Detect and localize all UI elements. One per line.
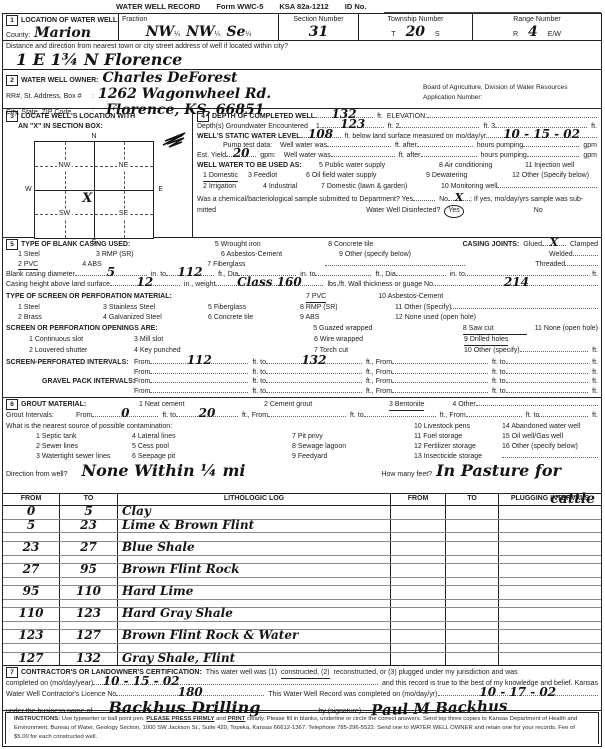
from-label: From [134,358,150,368]
contam-option-7: 7 Pit privy [292,432,414,442]
ft-to-label: ft. to [350,411,364,421]
screen-option-7-selected: 7 PVC [306,292,326,303]
yes-line [413,195,435,201]
casing-option-3: 3 RMP (SR) [96,250,221,260]
litho-from-cell: 27 [3,564,60,577]
ft-to-label: ft. to [252,387,266,397]
application-number-label: Application Number: [423,93,595,103]
opening-option-5: 5 Guazed wrapped [313,324,463,334]
litho-from-cell: 123 [3,630,60,643]
dia2b-line [315,270,371,276]
from-header-2: FROM [391,494,446,505]
opening-option-1: 1 Continuous slot [29,335,134,345]
static-level-label: WELL'S STATIC WATER LEVEL [197,132,301,142]
range-ew: E/W [548,30,561,40]
litho-to-cell: 5 [60,506,118,519]
colon: : [92,91,94,103]
screen-option-8: 8 RMP (SR) [300,303,395,313]
grout-line [539,411,588,417]
screen-interval-from: 112 [187,354,212,366]
litho-description-cell: Brown Flint Rock [118,564,391,577]
est-yield-label: Est. Yield [197,151,226,161]
section-depth: 4 DEPTH OF COMPLETED WELL 132 ft. ELEVAT… [193,109,601,237]
section-6-box: 6 [6,399,18,410]
locate-title-1: LOCATE WELL'S LOCATION WITH [21,112,135,122]
fraction-1: NW [146,24,175,40]
casing-option-7: 7 Fiberglass [207,260,325,270]
guage-value: 214 [504,276,529,288]
table-row: 127132Gray Shale, Flint [3,653,601,666]
other-opening-line [520,346,589,352]
litho-from-cell: 95 [3,586,60,599]
casing-title: TYPE OF BLANK CASING USED: [21,240,215,250]
wall-thickness-label: lbs./ft. Wall thickness or guage No. [327,280,435,290]
interval-line [150,368,248,374]
in-to-label: in. to [450,270,465,280]
business-name-value: Backhus Drilling [108,700,318,716]
gpm-colon-label: gpm: [260,151,276,161]
ft-label: ft. [591,122,597,132]
section-owner: 2 WATER WELL OWNER: Charles DeForest RR#… [3,70,601,109]
plug-from-cell [391,600,446,607]
monitoring-line [497,182,597,188]
ft-to-label: ft. to [492,358,506,368]
casing-option-1: 1 Steel [18,250,96,260]
plug-interval-cell [499,586,601,599]
section-7-box: 7 [6,667,18,678]
ft-from-label: ft., From [242,411,268,421]
yield-line [421,151,477,157]
gw2-line [399,122,479,128]
from-label: From [134,387,150,397]
gpm-label: gpm [583,151,597,161]
table-row: 523Lime & Brown Flint [3,520,601,534]
litho-description-cell: Clay [118,506,391,519]
direction-label: Direction from well? [6,470,67,480]
section-number-cell: Section Number 31 [279,14,359,40]
se-label: SE [117,209,130,219]
township-cell: Township Number T 20 S [359,14,473,40]
grout-to-value: 20 [199,407,216,419]
plug-interval-cell [499,556,601,563]
plug-interval-cell [499,578,601,585]
ft-dia-label: ft., Dia [375,270,395,280]
contam-option-11: 11 Fuel storage [414,432,502,442]
opening-option-10: 10 Other (specify) [464,346,520,356]
contam-option-14: 14 Abandoned water well [502,422,580,432]
gravel-line [150,387,248,393]
welded-label: Welded [549,250,573,260]
table-row: 110123Hard Gray Shale [3,608,601,622]
section-locate: 3 LOCATE WELL'S LOCATION WITH AN "X" IN … [3,109,193,237]
ft-from-label: ft., From [366,387,392,397]
section-certification: 7 CONTRACTOR'S OR LANDOWNER'S CERTIFICAT… [3,666,601,711]
litho-from-cell: 23 [3,542,60,555]
glued-x-mark: X [550,237,559,248]
contamination-question: What is the nearest source of possible c… [6,422,414,432]
ft-after-label: ft. after [395,141,417,151]
plug-interval-cell [499,608,601,621]
interval-line [506,358,589,364]
gravel-line [506,387,589,393]
lithologic-table: FROM TO LITHOLOGIC LOG FROM TO PLUGGING … [3,494,601,667]
weight-value: Class 160 [237,276,302,288]
quarter-glyph: ¼ [245,31,251,38]
litho-description-cell: Hard Gray Shale [118,608,391,621]
use-option-6: 6 Oil field water supply [306,171,426,181]
casing-joints-label: CASING JOINTS: [463,240,520,250]
township-value: 20 [406,25,425,39]
west-label: W [25,185,32,195]
casing-depth-value: 112 [178,266,203,278]
litho-from-cell: 110 [3,608,60,621]
clamped-label: Clamped [570,240,598,250]
ft-to-label: ft. to [252,377,266,387]
use-option-7: 7 Domestic (lawn & garden) [321,182,441,192]
how-many-feet-label: How many feet? [381,470,432,480]
casing-option-6: 6 Asbestos-Cement [221,250,339,260]
section-4-box: 4 [197,111,209,122]
ft-label: ft. [592,358,598,368]
gpm-label: gpm [583,141,597,151]
range-r: R [513,30,518,40]
groundwater-1-value: 123 [340,118,365,130]
other-screen-line [451,303,598,309]
plug-interval-cell [499,542,601,555]
other-casing-line [325,260,465,266]
address-value: 1262 Wagonwheel Rd. [98,87,271,101]
opening-option-6: 6 Wire wrapped [314,335,464,345]
yield-line [331,151,395,157]
plug-interval-cell [499,520,601,533]
casing-option-8: 8 Concrete tile [328,240,462,250]
no-x-mark: X [455,192,464,203]
gravel-pack-label: GRAVEL PACK INTERVALS: [6,377,134,387]
fraction-cell: Fraction NW¼ NW¼ Se¼ [119,14,279,40]
signature-label: by (signature) [318,707,361,718]
ft-from-label: ft., From [440,411,466,421]
contam-option-12: 12 Fertilizer storage [414,442,502,452]
opening-option-7: 7 Torch cut [314,346,464,356]
threaded-label: Threaded [535,260,565,270]
fraction-2: NW [186,24,215,40]
ft-to-label: ft. to [526,411,540,421]
use-option-11: 11 Injection well [525,161,574,171]
quarter-line [124,142,125,238]
dia3-line [396,270,446,276]
business-name-label: under the business name of [6,707,92,718]
plug-from-cell [391,630,446,643]
litho-description-cell: Lime & Brown Flint [118,520,391,533]
plug-to-cell [446,520,499,533]
from-label: From [134,377,150,387]
disinfected-no: No [534,206,543,216]
cert-text-1: This water well was (1) [206,668,277,679]
range-value: 4 [528,25,538,39]
plug-to-cell [446,556,499,563]
casing-height-label: Casing height above land surface [6,280,110,290]
litho-rows: 05Clay523Lime & Brown Flint2327Blue Shal… [3,506,601,666]
use-option-8: 8 Air conditioning [439,161,525,171]
location-cell: 1 LOCATION OF WATER WELL: County: Marion [3,14,119,40]
litho-to-cell: 27 [60,542,118,555]
well-x-mark: X [82,192,92,205]
contam-option-4: 4 Lateral lines [132,432,292,442]
casing-height-value: 12 [137,276,154,288]
section-2-box: 2 [6,75,18,86]
plug-interval-cell [499,506,601,519]
table-row: 123127Brown Flint Rock & Water [3,630,601,644]
screen-option-6: 6 Concrete tile [208,313,300,323]
disinfected-label: Water Well Disinfected? [366,206,440,216]
grout-line [466,411,522,417]
plug-to-cell [446,506,499,519]
litho-to-cell: 123 [60,608,118,621]
interval-line [392,358,488,364]
table-row: 95110Hard Lime [3,586,601,600]
gw2-label: ft. 2 [388,122,400,132]
from-label: From [134,368,150,378]
plug-from-cell [391,653,446,666]
plug-to-cell [446,653,499,666]
contam-option-1: 1 Septic tank [36,432,132,442]
gravel-line [392,387,488,393]
ft-label: ft. [592,411,598,421]
quarter-line [35,214,153,215]
completed-date-value: 10 - 15 - 02 [103,675,180,687]
screen-option-2: 2 Brass [18,313,103,323]
id-no-line [384,4,601,13]
owner-value: Charles DeForest [103,71,238,85]
ft-from-label: ft., From [366,358,392,368]
ft-to-label: ft. to [492,377,506,387]
township-t: T [391,30,395,40]
cert-line [189,679,378,685]
welded-line [573,250,598,256]
screen-option-1: 1 Steel [18,303,103,313]
plug-to-cell [446,586,499,599]
grout-line [268,411,346,417]
contam-option-16: 16 Other (specify below) [502,442,578,452]
opening-option-8-selected: 8 Saw cut [463,324,527,335]
elevation-line [427,112,597,118]
litho-to-cell: 110 [60,586,118,599]
blank-casing-diameter-label: Blank casing diameter [6,270,75,280]
static-measured-label: ft. below land surface measured on mo/da… [345,132,487,142]
casing-option-2-selected: 2 PVC [18,260,38,271]
opening-option-4: 4 Key punched [134,346,314,356]
form-statute: KSA 82a-1212 [279,2,328,13]
plug-from-cell [391,520,446,533]
contam-option-9: 9 Feedyard [292,452,414,462]
contam-option-8: 8 Sewage lagoon [292,442,414,452]
litho-to-cell: 23 [60,520,118,533]
use-option-2: 2 Irrigation [203,182,263,192]
quarter-line [35,166,153,167]
in-to-label: in. to [300,270,315,280]
glued-label: Glued [523,240,542,250]
range-cell: Range Number R 4 E/W [473,14,601,40]
casing-option-9: 9 Other (specify below) [339,250,487,260]
ft-label: ft. [592,377,598,387]
quarter-glyph: ¼ [215,31,221,38]
ft-after-label: ft. after [399,151,421,161]
ft-to-label: ft. to [252,358,266,368]
plug-from-cell [391,556,446,563]
ft-label: ft. [592,346,598,356]
yield-line [527,151,580,157]
litho-to-cell: 127 [60,630,118,643]
ft-label: ft. [377,112,383,122]
gravel-line [506,377,589,383]
north-label: N [91,132,96,142]
elevation-label: ELEVATION: [387,112,427,122]
screen-option-10: 10 Asbestos-Cement [378,292,443,302]
casing-diameter-value: 5 [107,266,115,278]
cert-text-2: reconstructed, or (3) plugged under my j… [334,668,518,679]
grout-option-4: 4 Other [452,400,475,410]
fraction-3: Se [226,24,245,40]
east-label: E [158,185,163,195]
plug-interval-cell [499,653,601,666]
section-casing: 5 TYPE OF BLANK CASING USED: 5 Wrought i… [3,238,601,398]
use-option-3: 3 Feedlot [248,171,306,181]
plug-from-cell [391,564,446,577]
litho-from-cell: 127 [3,653,60,666]
use-option-9: 9 Dewatering [426,171,512,181]
plugging-intervals-header: PLUGGING INTERVALS cattle [499,494,601,505]
litho-description-cell: Gray Shale, Flint [118,653,391,666]
sample-question-3: mitted [197,206,216,216]
plug-interval-cell [499,533,601,540]
grout-other-line [476,400,598,406]
plug-from-cell [391,644,446,651]
plug-from-cell [391,586,446,599]
form-header: WATER WELL RECORD Form WWC-5 KSA 82a-121… [0,0,605,14]
screen-option-9: 9 ABS [300,313,395,323]
litho-description-cell: Blue Shale [118,542,391,555]
pump-line [327,141,391,147]
opening-option-9-selected: 9 Drilled holes [464,335,508,346]
plug-to-cell [446,533,499,540]
plug-from-cell [391,622,446,629]
licence-label: Water Well Contractor's Licence No [6,690,116,701]
form-title: WATER WELL RECORD [116,2,200,13]
ft-from-label: ft., From [366,377,392,387]
nw-label: NW [57,161,73,171]
contam-option-5: 5 Cess pool [132,442,292,452]
board-label: Board of Agriculture, Division of Water … [423,83,595,93]
screen-option-3: 3 Stainless Steel [103,303,208,313]
well-water-was-label: Well water was [280,141,327,151]
sample-question-2: ; If yes, mo/day/yrs sample was sub- [470,195,583,205]
distance-row: Distance and direction from nearest town… [3,41,601,70]
section-box-diagram: NW NE SW SE N S W E X [34,141,154,239]
county-label: County: [6,31,30,41]
center-horizontal-line [35,190,153,191]
use-option-10: 10 Monitoring well [441,182,497,192]
screen-option-11: 11 Other (Specify) [395,303,451,313]
contam-option-10: 10 Livestock pens [414,422,502,432]
grout-intervals-label: Grout Intervals: [6,411,76,421]
from-label: From [76,411,92,421]
plug-from-cell [391,533,446,540]
direction-value: None Within ¼ mi [81,463,381,479]
opening-option-2: 2 Louvered shutter [29,346,134,356]
county-value: Marion [34,26,91,40]
ft-label: ft. [592,387,598,397]
plug-interval-cell [499,600,601,607]
scribble-mark [161,131,187,149]
grout-option-2: 2 Cement grout [264,400,389,410]
cert-text-4: This Water Well Record was completed on … [268,690,437,701]
disinfected-yes-circled: Yes [444,205,463,218]
sw-label: SW [57,209,72,219]
plug-interval-cell [499,630,601,643]
interval-line [506,368,589,374]
ft-to-label: ft. to [252,368,266,378]
use-option-12: 12 Other (Specify below) [512,171,589,181]
screen-material-title: TYPE OF SCREEN OR PERFORATION MATERIAL: [6,292,306,302]
address-label: RR#, St. Address, Box # [6,91,92,103]
static-date-value: 10 - 15 - 02 [503,128,580,140]
section-1-box: 1 [6,15,18,26]
how-many-feet-value: In Pasture for [436,463,561,479]
threaded-line [565,260,598,266]
well-water-was-label: Well water was [284,151,331,161]
table-row: 2327Blue Shale [3,542,601,556]
sample-question: Was a chemical/bacteriological sample su… [197,195,413,205]
gravel-line [150,377,248,383]
plug-interval-cell [499,644,601,651]
plug-to-cell [446,644,499,651]
completed-on-label: completed on (mo/day/year) [6,679,93,690]
licence-value: 180 [178,686,203,698]
casing-option-5: 5 Wrought iron [215,240,328,250]
contam-other-line [502,452,598,458]
screen-intervals-label: SCREEN-PERFORATED INTERVALS: [6,358,134,368]
water-well-record-form: WATER WELL RECORD Form WWC-5 KSA 82a-121… [0,0,605,749]
section-grout: 6 GROUT MATERIAL: 1 Neat cement 2 Cement… [3,398,601,494]
hours-pumping-label: hours pumping [477,141,523,151]
openings-title: SCREEN OR PERFORATION OPENINGS ARE: [6,324,313,334]
section-3-box: 3 [6,111,18,122]
lithologic-log-header: LITHOLOGIC LOG [118,494,391,505]
plug-interval-cell [499,622,601,629]
signature-value: Paul M Backhus [371,699,508,719]
constructed-underlined: constructed, (2) [281,668,330,680]
pump-line [417,141,473,147]
use-option-4: 4 Industrial [263,182,321,192]
plug-from-cell [391,542,446,555]
form-number: Form WWC-5 [216,2,263,13]
plug-to-cell [446,630,499,643]
section-5-box: 5 [6,239,18,250]
litho-to-cell: 132 [60,653,118,666]
gw3-label: ft. 3 [483,122,495,132]
opening-option-3: 3 Mill slot [134,335,314,345]
quarter-glyph: ¼ [174,31,180,38]
table-row: 2795Brown Flint Rock [3,564,601,578]
section-mid: 3 LOCATE WELL'S LOCATION WITH AN "X" IN … [3,109,601,238]
ft-to-label: ft. to [162,411,176,421]
litho-description-cell: Brown Flint Rock & Water [118,630,391,643]
to-header-2: TO [446,494,499,505]
screen-interval-to: 132 [301,354,326,366]
ft-label: ft. [592,270,598,280]
plug-from-cell [391,578,446,585]
litho-from-cell: 0 [3,506,60,519]
